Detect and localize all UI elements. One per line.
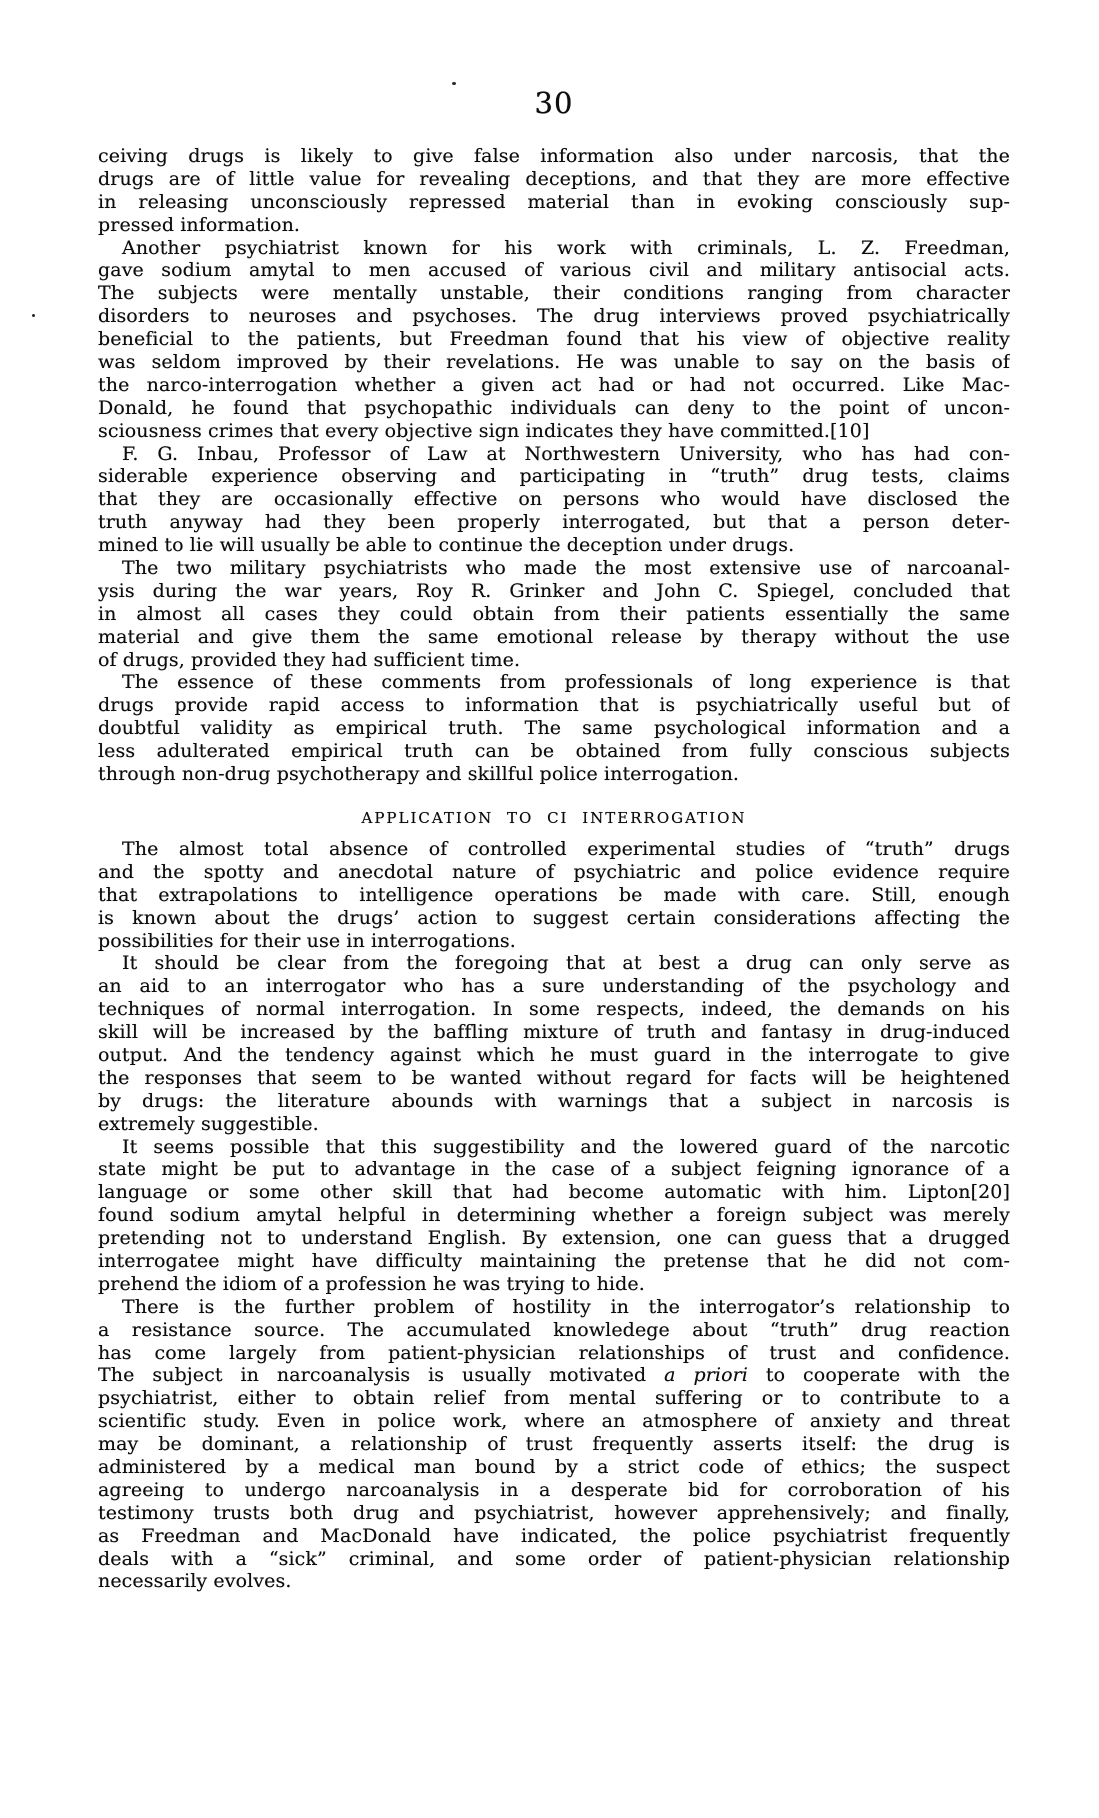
text-line: drugs provide rapid access to informatio… — [98, 694, 1010, 717]
text-line: mined to lie will usually be able to con… — [98, 534, 1010, 557]
text-line: disorders to neuroses and psychoses. The… — [98, 305, 1010, 328]
text-line: agreeing to undergo narcoanalysis in a d… — [98, 1479, 1010, 1502]
text-line: material and give them the same emotiona… — [98, 626, 1010, 649]
text-line: F. G. Inbau, Professor of Law at Northwe… — [98, 443, 1010, 466]
text-line: testimony trusts both drug and psychiatr… — [98, 1502, 1010, 1525]
text-line: that they are occasionally effective on … — [98, 488, 1010, 511]
text-line: Another psychiatrist known for his work … — [98, 237, 1010, 260]
text-line: The essence of these comments from profe… — [98, 671, 1010, 694]
text-line: There is the further problem of hostilit… — [98, 1296, 1010, 1319]
text-line: output. And the tendency against which h… — [98, 1044, 1010, 1067]
text-line: of drugs, provided they had sufficient t… — [98, 649, 1010, 672]
text-line: is known about the drugs’ action to sugg… — [98, 907, 1010, 930]
text-line: It seems possible that this suggestibili… — [98, 1136, 1010, 1159]
text-line: It should be clear from the foregoing th… — [98, 952, 1010, 975]
page-number: 30 — [98, 86, 1010, 120]
text-line: ceiving drugs is likely to give false in… — [98, 145, 1010, 168]
paragraph: The essence of these comments from profe… — [98, 671, 1010, 785]
text-line: was seldom improved by their revelations… — [98, 351, 1010, 374]
section-heading: APPLICATION TO CI INTERROGATION — [98, 807, 1010, 830]
text-line: doubtful validity as empirical truth. Th… — [98, 717, 1010, 740]
paragraph: There is the further problem of hostilit… — [98, 1296, 1010, 1594]
text-line: language or some other skill that had be… — [98, 1181, 1010, 1204]
paragraph: It should be clear from the foregoing th… — [98, 952, 1010, 1135]
text-line: ysis during the war years, Roy R. Grinke… — [98, 580, 1010, 603]
text-line: that extrapolations to intelligence oper… — [98, 884, 1010, 907]
text-line: possibilities for their use in interroga… — [98, 930, 1010, 953]
text-line: The almost total absence of controlled e… — [98, 838, 1010, 861]
text-line: an aid to an interrogator who has a sure… — [98, 975, 1010, 998]
document-page: 30 ceiving drugs is likely to give false… — [0, 0, 1099, 1818]
text-line: truth anyway had they been properly inte… — [98, 511, 1010, 534]
text-line: a resistance source. The accumulated kno… — [98, 1319, 1010, 1342]
text-line: pretending not to understand English. By… — [98, 1227, 1010, 1250]
scan-speck — [32, 314, 35, 317]
text-line: scientific study. Even in police work, w… — [98, 1410, 1010, 1433]
text-line: deals with a “sick” criminal, and some o… — [98, 1548, 1010, 1571]
text-line: less adulterated empirical truth can be … — [98, 740, 1010, 763]
text-line: through non-drug psychotherapy and skill… — [98, 763, 1010, 786]
text-line: psychiatrist, either to obtain relief fr… — [98, 1387, 1010, 1410]
text-line: found sodium amytal helpful in determini… — [98, 1204, 1010, 1227]
text-line: Donald, he found that psychopathic indiv… — [98, 397, 1010, 420]
text-line: drugs are of little value for revealing … — [98, 168, 1010, 191]
text-line: in releasing unconsciously repressed mat… — [98, 191, 1010, 214]
text-line: interrogatee might have difficulty maint… — [98, 1250, 1010, 1273]
text-line: techniques of normal interrogation. In s… — [98, 998, 1010, 1021]
paragraph: It seems possible that this suggestibili… — [98, 1136, 1010, 1296]
text-line: the narco-interrogation whether a given … — [98, 374, 1010, 397]
text-line: The subject in narcoanalysis is usually … — [98, 1364, 1010, 1387]
scan-speck — [452, 82, 456, 85]
text-body: ceiving drugs is likely to give false in… — [98, 145, 1010, 1593]
paragraph: ceiving drugs is likely to give false in… — [98, 145, 1010, 237]
text-line: state might be put to advantage in the c… — [98, 1158, 1010, 1181]
paragraph: Another psychiatrist known for his work … — [98, 237, 1010, 443]
text-line: The subjects were mentally unstable, the… — [98, 282, 1010, 305]
text-line: sciousness crimes that every objective s… — [98, 420, 1010, 443]
text-line: necessarily evolves. — [98, 1570, 1010, 1593]
text-line: beneficial to the patients, but Freedman… — [98, 328, 1010, 351]
text-line: skill will be increased by the baffling … — [98, 1021, 1010, 1044]
text-line: and the spotty and anecdotal nature of p… — [98, 861, 1010, 884]
text-line: pressed information. — [98, 214, 1010, 237]
text-line: The two military psychiatrists who made … — [98, 557, 1010, 580]
text-line: as Freedman and MacDonald have indicated… — [98, 1525, 1010, 1548]
text-line: prehend the idiom of a profession he was… — [98, 1273, 1010, 1296]
text-line: gave sodium amytal to men accused of var… — [98, 259, 1010, 282]
paragraph: The almost total absence of controlled e… — [98, 838, 1010, 952]
text-line: the responses that seem to be wanted wit… — [98, 1067, 1010, 1090]
text-line: siderable experience observing and parti… — [98, 465, 1010, 488]
text-line: administered by a medical man bound by a… — [98, 1456, 1010, 1479]
paragraph: F. G. Inbau, Professor of Law at Northwe… — [98, 443, 1010, 557]
paragraph: The two military psychiatrists who made … — [98, 557, 1010, 671]
text-line: in almost all cases they could obtain fr… — [98, 603, 1010, 626]
text-line: has come largely from patient-physician … — [98, 1342, 1010, 1365]
text-line: extremely suggestible. — [98, 1113, 1010, 1136]
text-line: may be dominant, a relationship of trust… — [98, 1433, 1010, 1456]
text-line: by drugs: the literature abounds with wa… — [98, 1090, 1010, 1113]
